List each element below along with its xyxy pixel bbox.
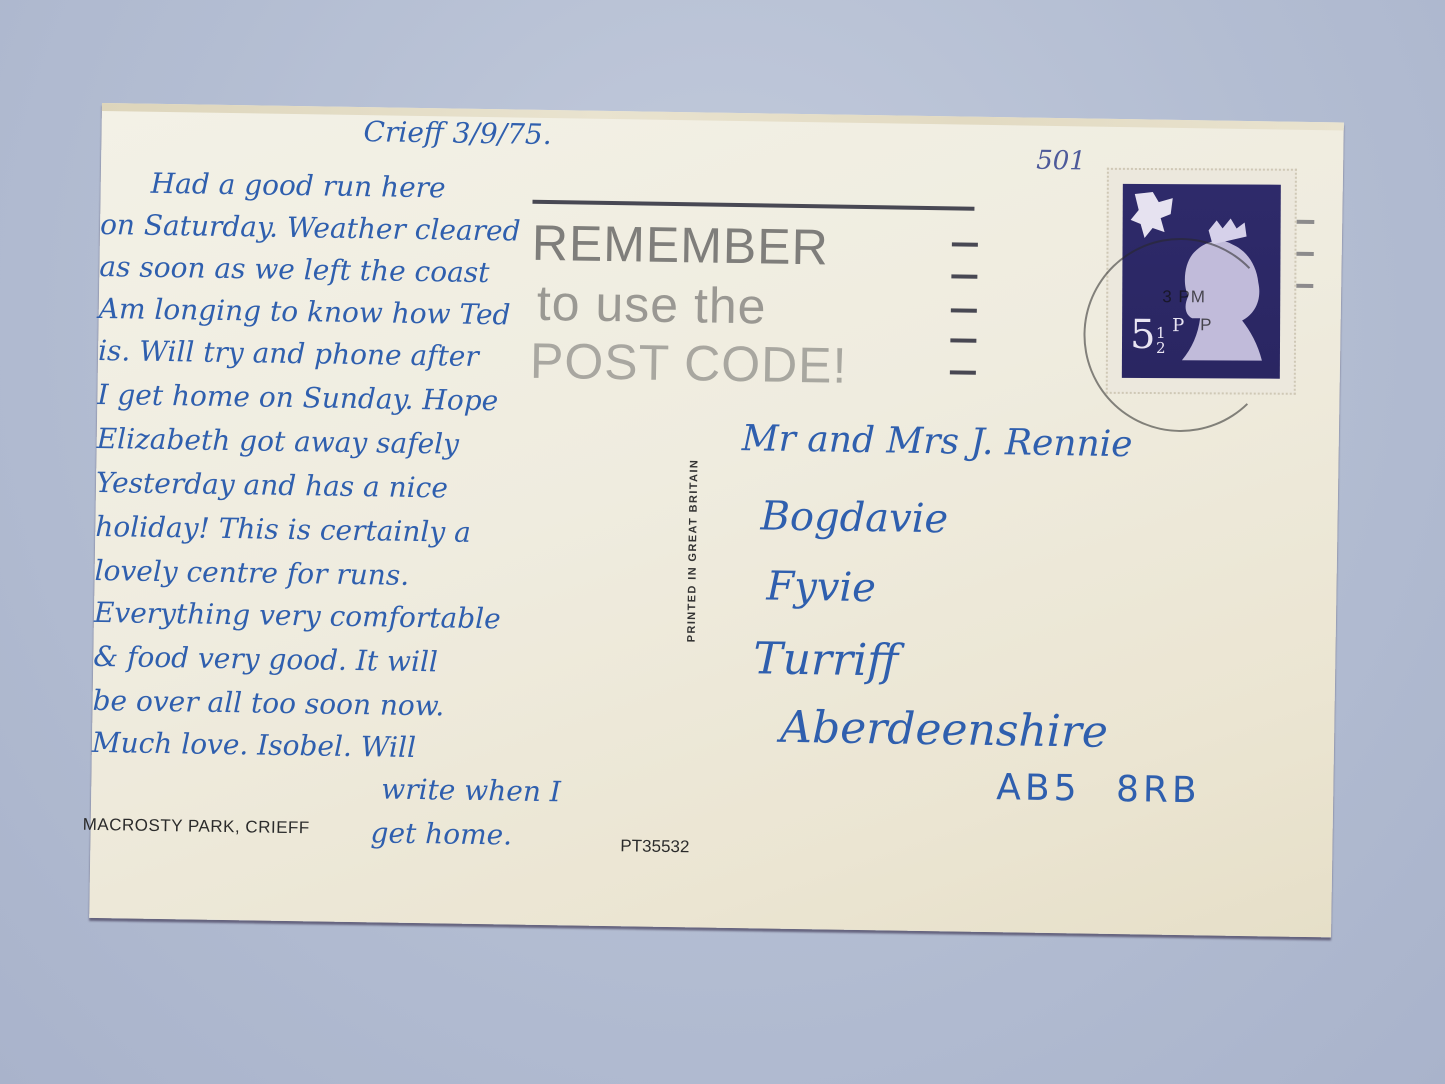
address-line: Bogdavie [760,493,948,542]
postmark-line3: POST CODE! [530,336,848,391]
postmark-ring [1082,236,1279,433]
address-line: Fyvie [766,563,876,611]
postmark-wavy-bar [951,308,977,312]
postmark-slogan: REMEMBER to use the POST CODE! [102,103,1344,123]
message-line: holiday! This is certainly a [95,507,471,553]
message-line: lovely centre for runs. [94,551,409,596]
postcode: AB5 8RB [996,767,1201,811]
message-line: be over all too soon now. [92,681,444,727]
message-line: on Saturday. Weather cleared [100,205,521,252]
postmark-line2: to use the [537,278,767,332]
message-line: Much love. Isobel. Will [92,723,417,768]
corner-note: 501 [1036,146,1086,177]
address-line: Turriff [753,633,899,686]
postmark-bar [532,200,974,211]
postmark-wavy-bar [950,370,976,374]
message-line: get home. [370,813,512,855]
message-line: Everything very comfortable [94,593,501,639]
address-line: Aberdeenshire [780,702,1108,758]
message-line: is. Will try and phone after [98,331,479,377]
header-note: Crieff 3/9/75. [363,115,552,151]
address-line: Mr and Mrs J. Rennie [741,418,1132,465]
postmark-wavy-bar [951,274,977,278]
postmark-wavy-bar [950,338,976,342]
postmark-line1: REMEMBER [531,218,829,273]
message-line: Am longing to know how Ted [98,289,510,335]
message-line: Had a good run here [150,164,445,209]
message-line: Yesterday and has a nice [96,463,449,509]
message-line: Elizabeth got away safely [96,419,459,465]
printed-code: PT35532 [620,836,689,857]
message-line: as soon as we left the coast [99,247,490,293]
message-line: write when I [381,769,561,812]
message-line: & food very good. It will [93,637,438,682]
printed-divider: PRINTED IN GREAT BRITAIN [686,459,701,643]
printed-caption: MACROSTY PARK, CRIEFF [83,815,310,839]
message-line: I get home on Sunday. Hope [97,375,498,421]
address-block: Mr and Mrs J. Rennie Bogdavie Fyvie Turr… [102,103,1344,123]
postcard: Crieff 3/9/75. 501 Had a good run here o… [89,103,1344,937]
postmark-wavy-bar [952,242,978,246]
